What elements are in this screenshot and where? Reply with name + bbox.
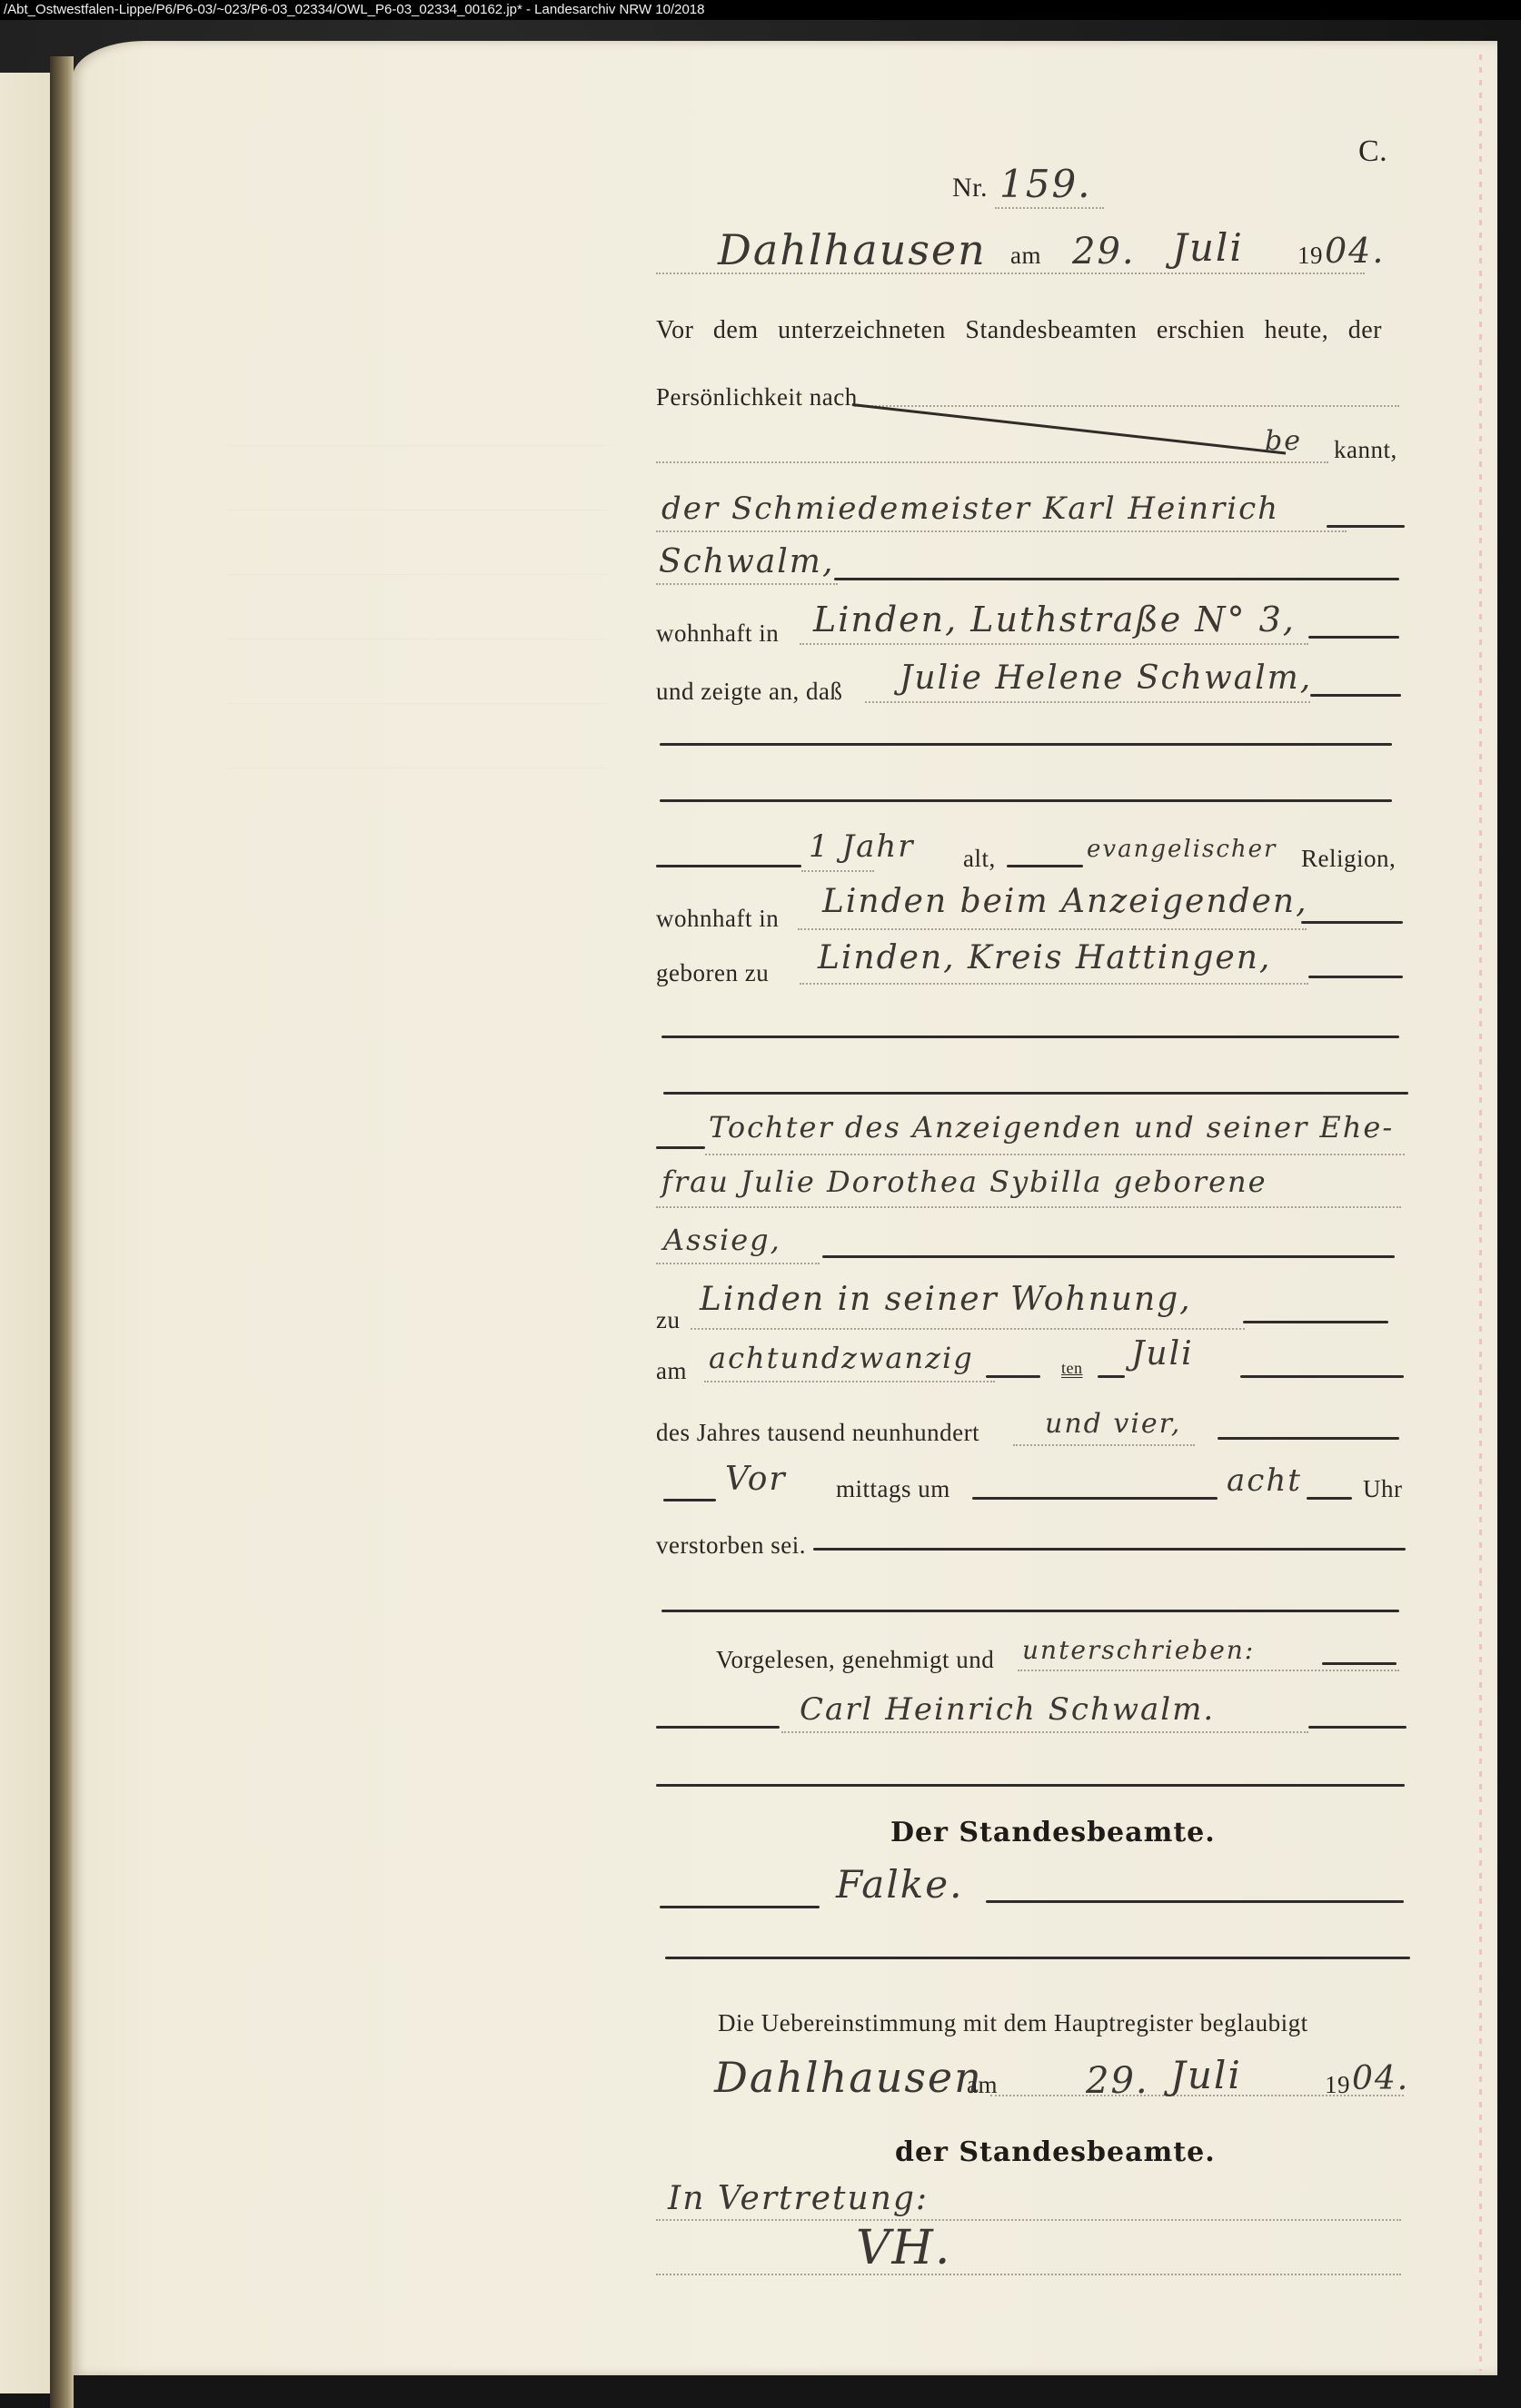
uhr-label: Uhr — [1363, 1475, 1403, 1503]
blank-rule-3 — [661, 1036, 1399, 1038]
certification-day: 29. — [1086, 2060, 1149, 2102]
unterschrieben-hand: unterschrieben: — [1022, 1635, 1255, 1665]
parents-line1: Tochter des Anzeigenden und seiner Ehe- — [709, 1110, 1394, 1145]
religion-label: Religion, — [1301, 845, 1396, 873]
bekannt-hand: be — [1265, 425, 1302, 457]
blank-rule-1 — [660, 743, 1392, 746]
informant-address: Linden, Luthstraße N° 3, — [813, 600, 1296, 639]
jahres-label: des Jahres tausend neunhundert — [656, 1419, 979, 1447]
wohnhaft2-label: wohnhaft in — [656, 905, 779, 933]
standesbeamte-heading: Der Standesbeamte. — [890, 1817, 1216, 1848]
record-place: Dahlhausen — [718, 225, 987, 274]
death-day: achtundzwanzig — [709, 1341, 974, 1375]
death-year: und vier, — [1045, 1408, 1181, 1440]
death-day-line — [704, 1381, 995, 1382]
parents-line-3 — [656, 1263, 820, 1264]
residence-line — [798, 928, 1307, 930]
initials-line — [656, 2274, 1401, 2275]
hour-fill-mid — [972, 1497, 1218, 1500]
zu-label: zu — [656, 1306, 680, 1334]
death-month-fill-left — [1098, 1375, 1125, 1378]
unterschrieben-fill — [1322, 1662, 1397, 1665]
informant-name-line2: Schwalm, — [659, 543, 834, 580]
bekannt-line — [656, 461, 1328, 463]
verstorben-label: verstorben sei. — [656, 1531, 806, 1560]
blank-rule-6 — [656, 1784, 1405, 1787]
parents-line-1 — [705, 1154, 1405, 1155]
vertretung-line — [656, 2219, 1401, 2221]
official-initials: VH. — [856, 2221, 951, 2275]
certification-year-prefix: 19 — [1325, 2071, 1350, 2099]
birthplace-fill — [1308, 976, 1403, 978]
certification-text: Die Uebereinstimmung mit dem Hauptregist… — [718, 2009, 1308, 2037]
wohnhaft-label: wohnhaft in — [656, 619, 779, 648]
age-line — [801, 870, 874, 872]
window-title-bar: /Abt_Ostwestfalen-Lippe/P6/P6-03/~023/P6… — [0, 0, 1521, 20]
record-year-suffix: 04. — [1325, 231, 1385, 271]
death-place-fill — [1243, 1321, 1388, 1323]
registrar-signature: Falke. — [836, 1862, 963, 1907]
religion-value: evangelischer — [1087, 836, 1277, 863]
informant-sig-fill-left — [656, 1726, 780, 1729]
deceased-name-line — [865, 701, 1310, 703]
am2-label: am — [656, 1357, 687, 1385]
age-value: 1 Jahr — [809, 828, 915, 865]
parents-line2: frau Julie Dorothea Sybilla geborene — [661, 1164, 1267, 1199]
hour-fill-right — [1307, 1497, 1352, 1500]
persoenlichkeit-line — [854, 405, 1399, 407]
left-page-edge — [0, 73, 50, 2393]
registrar-fill-left — [660, 1906, 820, 1908]
vor-hand: Vor — [725, 1461, 787, 1498]
death-place-line — [691, 1328, 1245, 1330]
vertretung-text: In Vertretung: — [668, 2180, 929, 2217]
deceased-name: Julie Helene Schwalm, — [900, 659, 1312, 697]
bekannt-print: kannt, — [1334, 436, 1397, 464]
birthplace: Linden, Kreis Hattingen, — [818, 939, 1271, 976]
informant-name-line1: der Schmiedemeister Karl Heinrich — [661, 491, 1279, 527]
address-fill — [1308, 636, 1399, 639]
verstorben-fill — [813, 1548, 1406, 1551]
record-number-line — [995, 207, 1104, 209]
window-title: /Abt_Ostwestfalen-Lippe/P6/P6-03/~023/P6… — [4, 2, 705, 17]
vorgelesen-label: Vorgelesen, genehmigt und — [716, 1646, 994, 1674]
death-year-fill — [1218, 1437, 1399, 1440]
certification-am: am — [967, 2071, 998, 2099]
parents-fill-3 — [822, 1255, 1395, 1258]
book-spine — [50, 56, 74, 2408]
alt-label: alt, — [963, 845, 996, 873]
certification-year-suffix: 04. — [1352, 2060, 1409, 2097]
record-number-label: Nr. — [952, 173, 988, 203]
zeigte-label: und zeigte an, daß — [656, 678, 842, 706]
record-day: 29. — [1072, 231, 1136, 273]
informant-signature: Carl Heinrich Schwalm. — [800, 1691, 1215, 1728]
death-year-line — [1013, 1444, 1195, 1446]
certification-place: Dahlhausen — [714, 2053, 983, 2102]
parents-fill — [656, 1146, 705, 1149]
ten-label: ten — [1061, 1359, 1083, 1378]
birthplace-line — [800, 983, 1308, 985]
geboren-label: geboren zu — [656, 959, 769, 987]
religion-fill — [1007, 865, 1083, 867]
death-month: Juli — [1131, 1335, 1194, 1372]
informant-sig-line — [781, 1731, 1308, 1733]
informant-line-2 — [656, 583, 838, 585]
death-day-fill — [986, 1375, 1040, 1378]
hour-fill-left — [663, 1499, 716, 1501]
death-hour: acht — [1227, 1462, 1302, 1499]
certification-heading: der Standesbeamte. — [895, 2136, 1216, 2168]
death-month-fill — [1240, 1375, 1404, 1378]
residence-fill — [1301, 921, 1403, 924]
deceased-name-fill — [1310, 694, 1401, 697]
persoenlichkeit-label: Persönlichkeit nach — [656, 383, 858, 411]
blank-rule-7 — [665, 1957, 1410, 1959]
registrar-fill-right — [986, 1900, 1404, 1903]
parents-line3: Assieg, — [663, 1223, 781, 1257]
informant-sig-fill-right — [1308, 1726, 1407, 1729]
certification-month: Juli — [1170, 2053, 1242, 2097]
blank-rule-4 — [663, 1092, 1408, 1095]
record-year-prefix: 19 — [1297, 242, 1323, 270]
bleed-through-text — [227, 382, 609, 1562]
intro-text: Vor dem unterzeichneten Standesbeamten e… — [656, 316, 1382, 345]
record-month: Juli — [1172, 225, 1244, 270]
page-edge-red — [1479, 55, 1482, 2371]
form-letter: C. — [1358, 134, 1387, 169]
informant-fill-2 — [834, 578, 1399, 580]
deceased-residence: Linden beim Anzeigenden, — [822, 883, 1308, 920]
informant-fill-1 — [1327, 525, 1405, 528]
age-fill — [656, 865, 801, 867]
record-am-label: am — [1010, 242, 1041, 270]
blank-rule-5 — [661, 1610, 1399, 1612]
informant-line-1 — [656, 530, 1347, 532]
death-place: Linden in seiner Wohnung, — [700, 1281, 1192, 1318]
blank-rule-2 — [660, 799, 1392, 802]
parents-line-2 — [656, 1206, 1401, 1208]
unterschrieben-line — [1018, 1670, 1399, 1671]
record-number-value: 159. — [999, 162, 1092, 206]
mittags-label: mittags um — [836, 1475, 950, 1503]
address-line — [800, 643, 1308, 645]
